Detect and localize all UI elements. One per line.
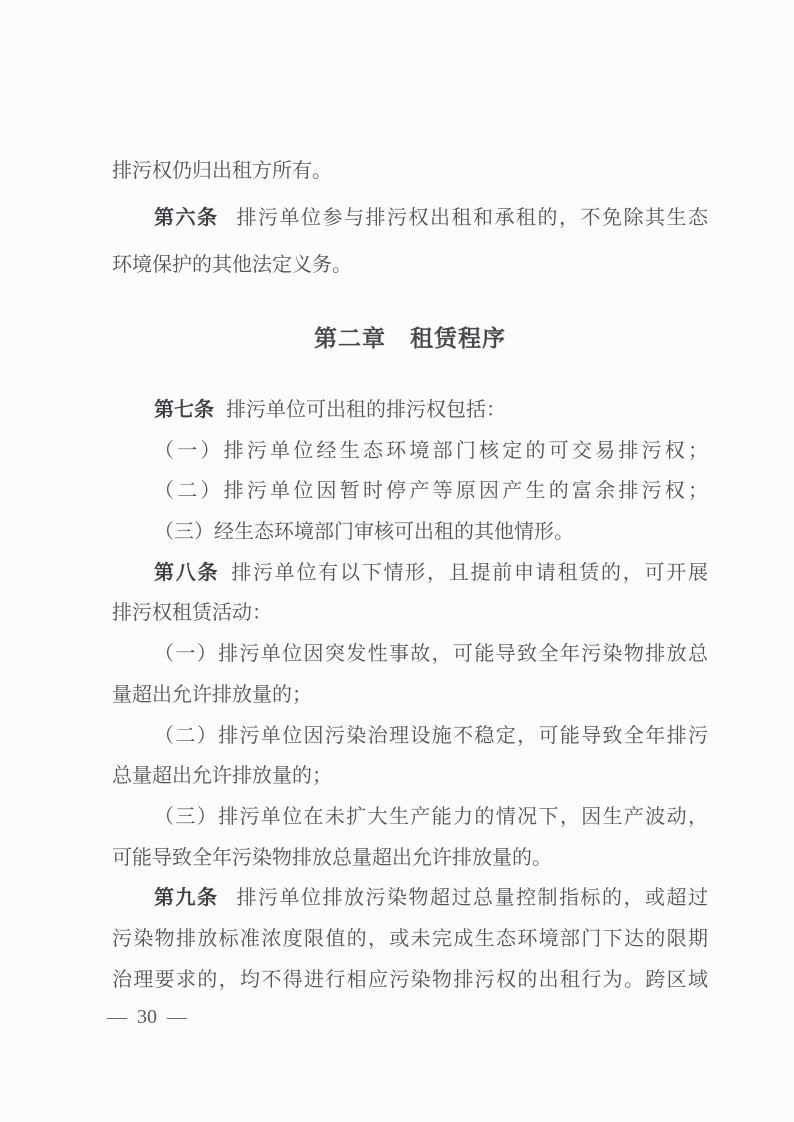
document-line: （二）排污单位因污染治理设施不稳定，可能导致全年排污	[112, 716, 708, 757]
page-footer: —30—	[107, 1006, 187, 1029]
paragraph-block: 排污权仍归出租方所有。 第六条排污单位参与排污权出租和承租的，不免除其生态 环境…	[112, 148, 708, 289]
line-text: 排污单位参与排污权出租和承租的，不免除其生态	[237, 207, 709, 229]
document-line: （三）排污单位在未扩大生产能力的情况下，因生产波动，	[112, 797, 708, 838]
article-number: 第七条	[154, 399, 214, 421]
document-line: 第八条排污单位有以下情形，且提前申请租赁的，可开展	[112, 553, 708, 594]
line-text: （三）经生态环境部门审核可出租的其他情形。	[154, 521, 574, 543]
line-text: 排污单位可出租的排污权包括：	[226, 399, 506, 421]
document-line: 第六条排污单位参与排污权出租和承租的，不免除其生态	[112, 195, 708, 242]
document-line: 排污权仍归出租方所有。	[112, 148, 708, 195]
line-text: 排污权仍归出租方所有。	[112, 160, 332, 182]
page-number: 30	[137, 1006, 157, 1028]
line-text: （二）排污单位因暂时停产等原因产生的富余排污权；	[154, 480, 708, 502]
document-line: （二）排污单位因暂时停产等原因产生的富余排污权；	[112, 471, 708, 512]
article-number: 第六条	[154, 207, 219, 229]
line-text: 可能导致全年污染物排放总量超出允许排放量的。	[112, 847, 552, 869]
document-line: 排污权租赁活动：	[112, 593, 708, 634]
footer-right-dash: —	[167, 1006, 187, 1028]
line-text: （二）排污单位因污染治理设施不稳定，可能导致全年排污	[154, 725, 708, 747]
article-number: 第九条	[154, 887, 219, 909]
document-line: 环境保护的其他法定义务。	[112, 242, 708, 289]
article-number: 第八条	[154, 562, 219, 584]
document-body: 排污权仍归出租方所有。 第六条排污单位参与排污权出租和承租的，不免除其生态 环境…	[112, 148, 708, 1000]
document-line: 总量超出允许排放量的；	[112, 756, 708, 797]
paragraph-block: 第七条排污单位可出租的排污权包括： （一）排污单位经生态环境部门核定的可交易排污…	[112, 390, 708, 1000]
line-text: （一）排污单位经生态环境部门核定的可交易排污权；	[154, 440, 708, 462]
document-line: 第七条排污单位可出租的排污权包括：	[112, 390, 708, 431]
document-line: （一）排污单位因突发性事故，可能导致全年污染物排放总	[112, 634, 708, 675]
line-text: 排污权租赁活动：	[112, 602, 272, 624]
line-text: 污染物排放标准浓度限值的，或未完成生态环境部门下达的限期	[112, 928, 708, 950]
document-line: 可能导致全年污染物排放总量超出允许排放量的。	[112, 838, 708, 879]
line-text: 总量超出允许排放量的；	[112, 765, 332, 787]
line-text: 量超出允许排放量的；	[112, 684, 312, 706]
footer-left-dash: —	[107, 1006, 127, 1028]
line-text: 治理要求的，均不得进行相应污染物排污权的出租行为。跨区域	[112, 969, 708, 991]
document-line: 污染物排放标准浓度限值的，或未完成生态环境部门下达的限期	[112, 919, 708, 960]
document-line: 量超出允许排放量的；	[112, 675, 708, 716]
document-line: 治理要求的，均不得进行相应污染物排污权的出租行为。跨区域	[112, 960, 708, 1001]
chapter-heading: 第二章 租赁程序	[112, 324, 708, 354]
document-line: （三）经生态环境部门审核可出租的其他情形。	[112, 512, 708, 553]
document-line: （一）排污单位经生态环境部门核定的可交易排污权；	[112, 431, 708, 472]
line-text: 排污单位排放污染物超过总量控制指标的，或超过	[237, 887, 709, 909]
document-page: { "section_a": { "lines": [ { "text": "排…	[0, 0, 794, 1122]
line-text: （三）排污单位在未扩大生产能力的情况下，因生产波动，	[154, 806, 708, 828]
line-text: 排污单位有以下情形，且提前申请租赁的，可开展	[231, 562, 708, 584]
line-text: 环境保护的其他法定义务。	[112, 254, 352, 276]
line-text: （一）排污单位因突发性事故，可能导致全年污染物排放总	[154, 643, 708, 665]
document-line: 第九条排污单位排放污染物超过总量控制指标的，或超过	[112, 878, 708, 919]
